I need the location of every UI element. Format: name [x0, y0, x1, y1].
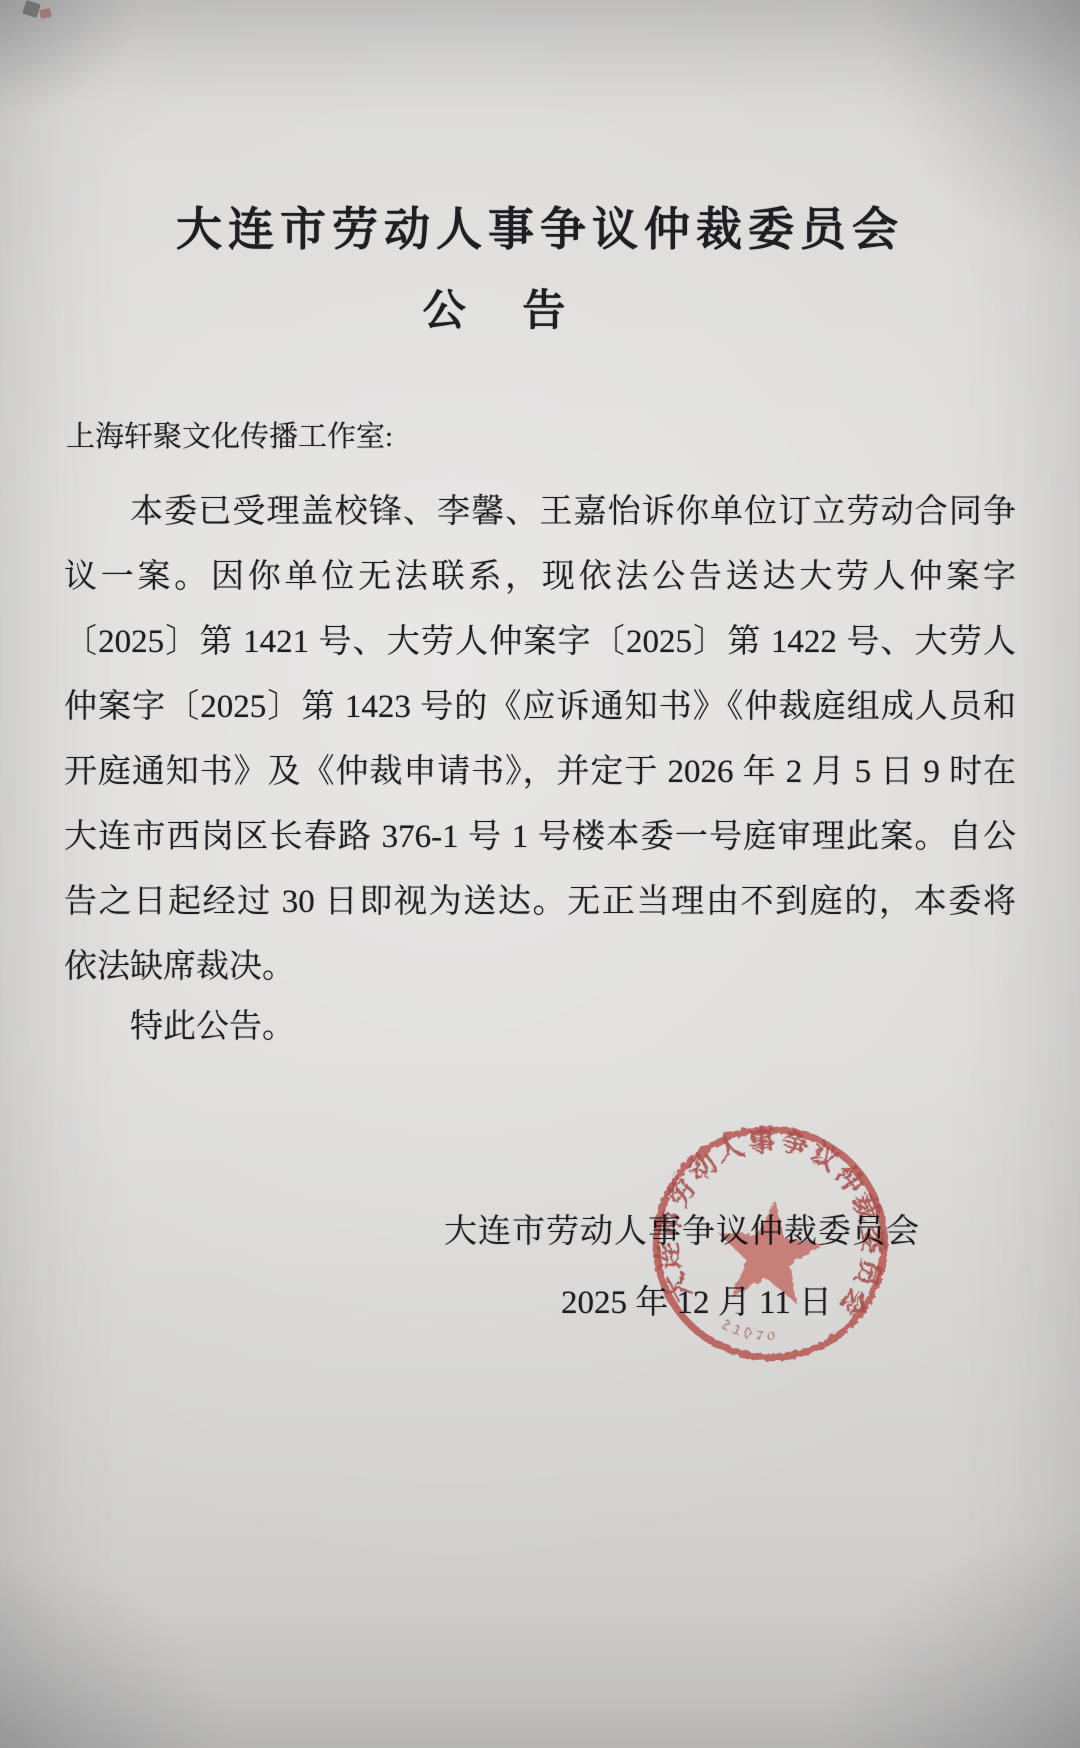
body-paragraph: 本委已受理盖校锋、李馨、王嘉怡诉你单位订立劳动合同争 议一案。因你单位无法联系，… [64, 480, 1016, 1000]
body-line: 议一案。因你单位无法联系，现依法公告送达大劳人仲案字 [64, 545, 1016, 610]
seal-serial-number: 21070 [716, 1315, 780, 1345]
seal-star-icon [710, 1193, 827, 1305]
body-line: 开庭通知书》及《仲裁申请书》，并定于 2026 年 2 月 5 日 9 时在 [64, 740, 1016, 805]
document-page: 大连市劳动人事争议仲裁委员会 公 告 上海轩聚文化传播工作室: 本委已受理盖校锋… [0, 0, 1080, 1748]
recipient-name: 上海轩聚文化传播工作室: [66, 420, 393, 455]
body-line: 大连市西岗区长春路 376-1 号 1 号楼本委一号庭审理此案。自公 [64, 805, 1016, 870]
closing-line: 特此公告。 [64, 1008, 295, 1048]
body-line: 依法缺席裁决。 [64, 935, 1016, 1000]
document-title: 大连市劳动人事争议仲裁委员会 [0, 207, 1080, 253]
body-line: 告之日起经过 30 日即视为送达。无正当理由不到庭的，本委将 [64, 870, 1016, 935]
document-photo: 大连市劳动人事争议仲裁委员会 公 告 上海轩聚文化传播工作室: 本委已受理盖校锋… [0, 0, 1080, 1748]
body-line: 〔2025〕第 1421 号、大劳人仲案字〔2025〕第 1422 号、大劳人 [64, 610, 1016, 675]
document-subtitle: 公 告 [0, 290, 1034, 333]
official-seal: 大连市劳动人事争议仲裁委员会 21070 [633, 1106, 906, 1379]
body-line: 仲案字〔2025〕第 1423 号的《应诉通知书》《仲裁庭组成人员和 [64, 675, 1016, 740]
body-line: 本委已受理盖校锋、李馨、王嘉怡诉你单位订立劳动合同争 [64, 480, 1016, 545]
